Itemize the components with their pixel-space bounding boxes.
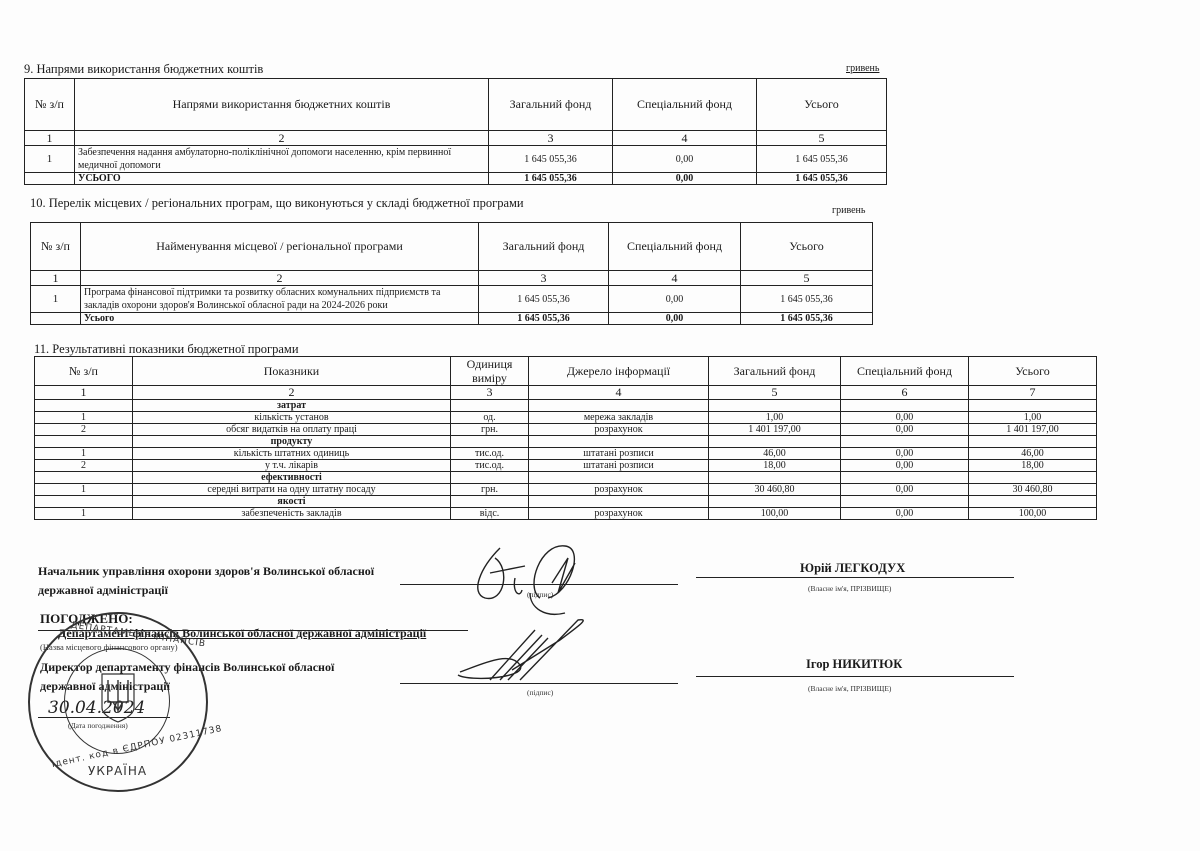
performance-indicators-table: № з/п Показники Одиниця виміру Джерело і… (34, 356, 1097, 520)
director-name-line (696, 676, 1014, 677)
col-num: 2 (133, 386, 451, 400)
col-num: 2 (75, 131, 489, 146)
total-label: УСЬОГО (75, 173, 489, 185)
director-name: Ігор НИКИТЮК (806, 657, 902, 672)
section9-unit: гривень (846, 63, 879, 74)
row-unit: грн. (451, 424, 529, 436)
empty-cell (451, 472, 529, 484)
table-row: 1середні витрати на одну штатну посадугр… (35, 484, 1097, 496)
empty-cell (451, 436, 529, 448)
header-general-fund: Загальний фонд (479, 223, 609, 271)
header-general-fund: Загальний фонд (489, 79, 613, 131)
col-num: 4 (529, 386, 709, 400)
total-total: 1 645 055,36 (757, 173, 887, 185)
col-num: 1 (31, 271, 81, 286)
col-num: 5 (757, 131, 887, 146)
header-general-fund: Загальний фонд (709, 357, 841, 386)
director-signature-caption: (підпис) (527, 688, 553, 697)
row-source: мережа закладів (529, 412, 709, 424)
row-special: 0,00 (841, 448, 969, 460)
header-total: Усього (757, 79, 887, 131)
group-row: затрат (35, 400, 1097, 412)
col-num: 3 (479, 271, 609, 286)
row-total: 1,00 (969, 412, 1097, 424)
empty-cell (451, 496, 529, 508)
row-total: 18,00 (969, 460, 1097, 472)
programs-table: № з/п Найменування місцевої / регіональн… (30, 222, 873, 325)
section10-title: 10. Перелік місцевих / регіональних прог… (30, 196, 524, 211)
row-no: 1 (31, 286, 81, 313)
head-name: Юрій ЛЕГКОДУХ (800, 561, 905, 576)
table-row: 1 Забезпечення надання амбулаторно-полік… (25, 146, 887, 173)
row-name: Забезпечення надання амбулаторно-поліклі… (75, 146, 489, 173)
column-number-row: 1 2 3 4 5 (31, 271, 873, 286)
total-row: Усього 1 645 055,36 0,00 1 645 055,36 (31, 313, 873, 325)
header-no: № з/п (31, 223, 81, 271)
section11-title: 11. Результативні показники бюджетної пр… (34, 342, 299, 357)
head-name-caption: (Власне ім'я, ПРІЗВИЩЕ) (808, 584, 891, 593)
col-num: 7 (969, 386, 1097, 400)
empty-cell (709, 472, 841, 484)
empty-cell (529, 496, 709, 508)
header-unit: Одиниця виміру (451, 357, 529, 386)
row-no: 1 (35, 448, 133, 460)
group-no (35, 472, 133, 484)
table-row: 2обсяг видатків на оплату працігрн.розра… (35, 424, 1097, 436)
row-special: 0,00 (841, 412, 969, 424)
empty-cell (709, 496, 841, 508)
row-no: 2 (35, 460, 133, 472)
empty-cell (529, 400, 709, 412)
stamp-country: УКРАЇНА (88, 764, 147, 778)
row-unit: грн. (451, 484, 529, 496)
group-no (35, 400, 133, 412)
row-unit: відс. (451, 508, 529, 520)
row-unit: од. (451, 412, 529, 424)
col-num: 2 (81, 271, 479, 286)
row-total: 100,00 (969, 508, 1097, 520)
official-stamp: УКРАЇНА Ідент. код в ЄДРПОУ 02311738 ДЕП… (28, 612, 208, 792)
empty-cell (841, 472, 969, 484)
row-no: 1 (35, 508, 133, 520)
row-source: розрахунок (529, 508, 709, 520)
row-no: 1 (25, 146, 75, 173)
group-row: продукту (35, 436, 1097, 448)
total-special: 0,00 (609, 313, 741, 325)
empty-cell (709, 436, 841, 448)
header-indicator: Показники (133, 357, 451, 386)
row-name: Програма фінансової підтримки та розвитк… (81, 286, 479, 313)
director-signature-icon (450, 610, 600, 690)
row-name: забезпеченість закладів (133, 508, 451, 520)
table-row: 2у т.ч. лікарівтис.од.штатані розписи18,… (35, 460, 1097, 472)
header-no: № з/п (25, 79, 75, 131)
col-num: 4 (609, 271, 741, 286)
row-special: 0,00 (613, 146, 757, 173)
empty-cell (529, 436, 709, 448)
col-num: 5 (709, 386, 841, 400)
header-program: Найменування місцевої / регіональної про… (81, 223, 479, 271)
head-signature-icon (470, 538, 610, 618)
trident-emblem-icon (100, 672, 136, 724)
total-general: 1 645 055,36 (489, 173, 613, 185)
row-name: середні витрати на одну штатну посаду (133, 484, 451, 496)
empty-cell (969, 400, 1097, 412)
group-no (35, 436, 133, 448)
group-label: ефективності (133, 472, 451, 484)
row-name: кількість штатних одиниць (133, 448, 451, 460)
col-num: 6 (841, 386, 969, 400)
total-general: 1 645 055,36 (479, 313, 609, 325)
row-source: розрахунок (529, 484, 709, 496)
row-special: 0,00 (841, 484, 969, 496)
header-special-fund: Спеціальний фонд (609, 223, 741, 271)
empty-cell (969, 436, 1097, 448)
group-row: якості (35, 496, 1097, 508)
table-row: 1кількість установод.мережа закладів1,00… (35, 412, 1097, 424)
row-source: штатані розписи (529, 448, 709, 460)
row-special: 0,00 (841, 508, 969, 520)
header-total: Усього (969, 357, 1097, 386)
header-total: Усього (741, 223, 873, 271)
head-signature-caption: (підпис) (527, 590, 553, 599)
empty-cell (841, 400, 969, 412)
total-row: УСЬОГО 1 645 055,36 0,00 1 645 055,36 (25, 173, 887, 185)
total-label: Усього (81, 313, 479, 325)
head-title: Начальник управління охорони здоров'я Во… (38, 562, 374, 600)
empty-cell (709, 400, 841, 412)
row-general: 46,00 (709, 448, 841, 460)
header-no: № з/п (35, 357, 133, 386)
section10-unit: гривень (832, 205, 865, 216)
row-general: 1 401 197,00 (709, 424, 841, 436)
empty-cell (529, 472, 709, 484)
col-num: 3 (451, 386, 529, 400)
header-special-fund: Спеціальний фонд (841, 357, 969, 386)
row-unit: тис.од. (451, 448, 529, 460)
row-special: 0,00 (609, 286, 741, 313)
total-no (31, 313, 81, 325)
col-num: 1 (35, 386, 133, 400)
total-special: 0,00 (613, 173, 757, 185)
group-label: затрат (133, 400, 451, 412)
column-number-row: 1 2 3 4 5 6 7 (35, 386, 1097, 400)
head-title-line2: державної адміністрації (38, 581, 374, 600)
group-label: якості (133, 496, 451, 508)
total-no (25, 173, 75, 185)
header-direction: Напрями використання бюджетних коштів (75, 79, 489, 131)
column-number-row: 1 2 3 4 5 (25, 131, 887, 146)
col-num: 3 (489, 131, 613, 146)
row-total: 1 645 055,36 (757, 146, 887, 173)
row-total: 1 645 055,36 (741, 286, 873, 313)
section9-title: 9. Напрями використання бюджетних коштів (24, 62, 263, 77)
table-row: 1забезпеченість закладіввідс.розрахунок1… (35, 508, 1097, 520)
group-label: продукту (133, 436, 451, 448)
row-source: розрахунок (529, 424, 709, 436)
head-name-line (696, 577, 1014, 578)
row-general: 1 645 055,36 (489, 146, 613, 173)
row-special: 0,00 (841, 460, 969, 472)
table-header-row: № з/п Напрями використання бюджетних кош… (25, 79, 887, 131)
row-general: 30 460,80 (709, 484, 841, 496)
total-total: 1 645 055,36 (741, 313, 873, 325)
empty-cell (841, 436, 969, 448)
director-name-caption: (Власне ім'я, ПРІЗВИЩЕ) (808, 684, 891, 693)
header-special-fund: Спеціальний фонд (613, 79, 757, 131)
row-no: 1 (35, 412, 133, 424)
directions-table: № з/п Напрями використання бюджетних кош… (24, 78, 887, 185)
empty-cell (969, 496, 1097, 508)
row-source: штатані розписи (529, 460, 709, 472)
empty-cell (451, 400, 529, 412)
row-name: у т.ч. лікарів (133, 460, 451, 472)
empty-cell (841, 496, 969, 508)
empty-cell (969, 472, 1097, 484)
col-num: 1 (25, 131, 75, 146)
row-unit: тис.од. (451, 460, 529, 472)
header-source: Джерело інформації (529, 357, 709, 386)
row-total: 46,00 (969, 448, 1097, 460)
table-header-row: № з/п Показники Одиниця виміру Джерело і… (35, 357, 1097, 386)
group-no (35, 496, 133, 508)
group-row: ефективності (35, 472, 1097, 484)
row-special: 0,00 (841, 424, 969, 436)
head-title-line1: Начальник управління охорони здоров'я Во… (38, 562, 374, 581)
table-row: 1 Програма фінансової підтримки та розви… (31, 286, 873, 313)
row-general: 100,00 (709, 508, 841, 520)
row-name: обсяг видатків на оплату праці (133, 424, 451, 436)
row-name: кількість установ (133, 412, 451, 424)
row-general: 1,00 (709, 412, 841, 424)
row-no: 1 (35, 484, 133, 496)
row-total: 30 460,80 (969, 484, 1097, 496)
table-row: 1кількість штатних одиницьтис.од.штатані… (35, 448, 1097, 460)
row-general: 1 645 055,36 (479, 286, 609, 313)
row-total: 1 401 197,00 (969, 424, 1097, 436)
col-num: 5 (741, 271, 873, 286)
col-num: 4 (613, 131, 757, 146)
row-general: 18,00 (709, 460, 841, 472)
row-no: 2 (35, 424, 133, 436)
table-header-row: № з/п Найменування місцевої / регіональн… (31, 223, 873, 271)
